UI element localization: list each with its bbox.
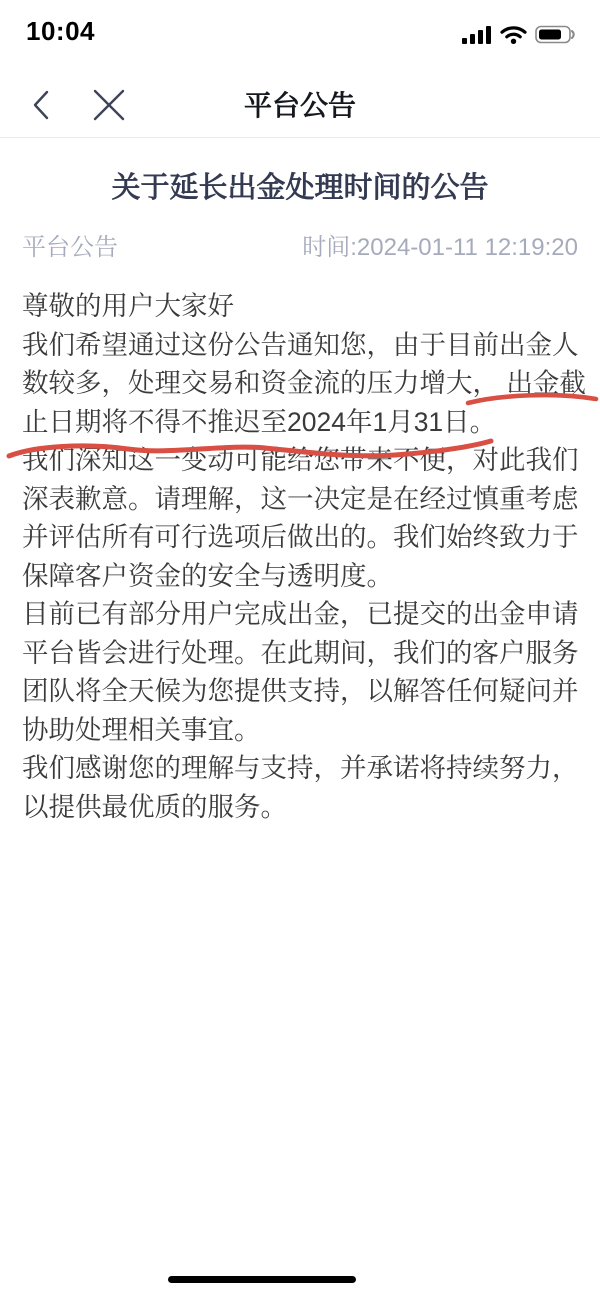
body-text-line: 协助处理相关事宜。 <box>22 711 582 750</box>
wifi-icon <box>500 25 527 50</box>
body-text-line: 团队将全天候为您提供支持，以解答任何疑问并 <box>22 672 582 711</box>
body-text-line: 我们感谢您的理解与支持，并承诺将持续努力， <box>22 749 582 788</box>
announcement-title: 关于延长出金处理时间的公告 <box>20 171 580 205</box>
body-text-line: 深表歉意。请理解，这一决定是在经过慎重考虑 <box>22 480 582 519</box>
nav-bar: 平台公告 <box>0 60 600 138</box>
status-icons <box>462 24 576 50</box>
body-text-line: 数较多，处理交易和资金流的压力增大， 出金截 <box>22 364 582 403</box>
cellular-signal-icon <box>462 25 492 50</box>
announcement-meta: 平台公告 时间:2024-01-11 12:19:20 <box>22 227 578 262</box>
body-text-line: 尊敬的用户大家好 <box>22 287 582 326</box>
announcement-timestamp: 时间:2024-01-11 12:19:20 <box>302 227 578 262</box>
announcement-body: 尊敬的用户大家好我们希望通过这份公告通知您，由于目前出金人数较多，处理交易和资金… <box>22 287 582 826</box>
body-text-line: 以提供最优质的服务。 <box>22 788 582 827</box>
body-text-line: 我们深知这一变动可能给您带来不便，对此我们 <box>22 441 582 480</box>
body-text-line: 目前已有部分用户完成出金，已提交的出金申请 <box>22 595 582 634</box>
home-indicator[interactable] <box>168 1276 356 1283</box>
body-text-line: 保障客户资金的安全与透明度。 <box>22 557 582 596</box>
app-screen: 10:04 <box>0 0 600 1299</box>
announcement-source: 平台公告 <box>22 227 118 262</box>
body-text-line: 平台皆会进行处理。在此期间，我们的客户服务 <box>22 634 582 673</box>
body-text-line: 止日期将不得不推迟至2024年1月31日。 <box>22 403 582 442</box>
body-text-line: 并评估所有可行选项后做出的。我们始终致力于 <box>22 518 582 557</box>
status-time: 10:04 <box>26 16 95 47</box>
body-text-line: 我们希望通过这份公告通知您，由于目前出金人 <box>22 326 582 365</box>
status-bar: 10:04 <box>0 0 600 60</box>
page-title: 平台公告 <box>0 84 600 124</box>
battery-icon <box>535 24 576 50</box>
